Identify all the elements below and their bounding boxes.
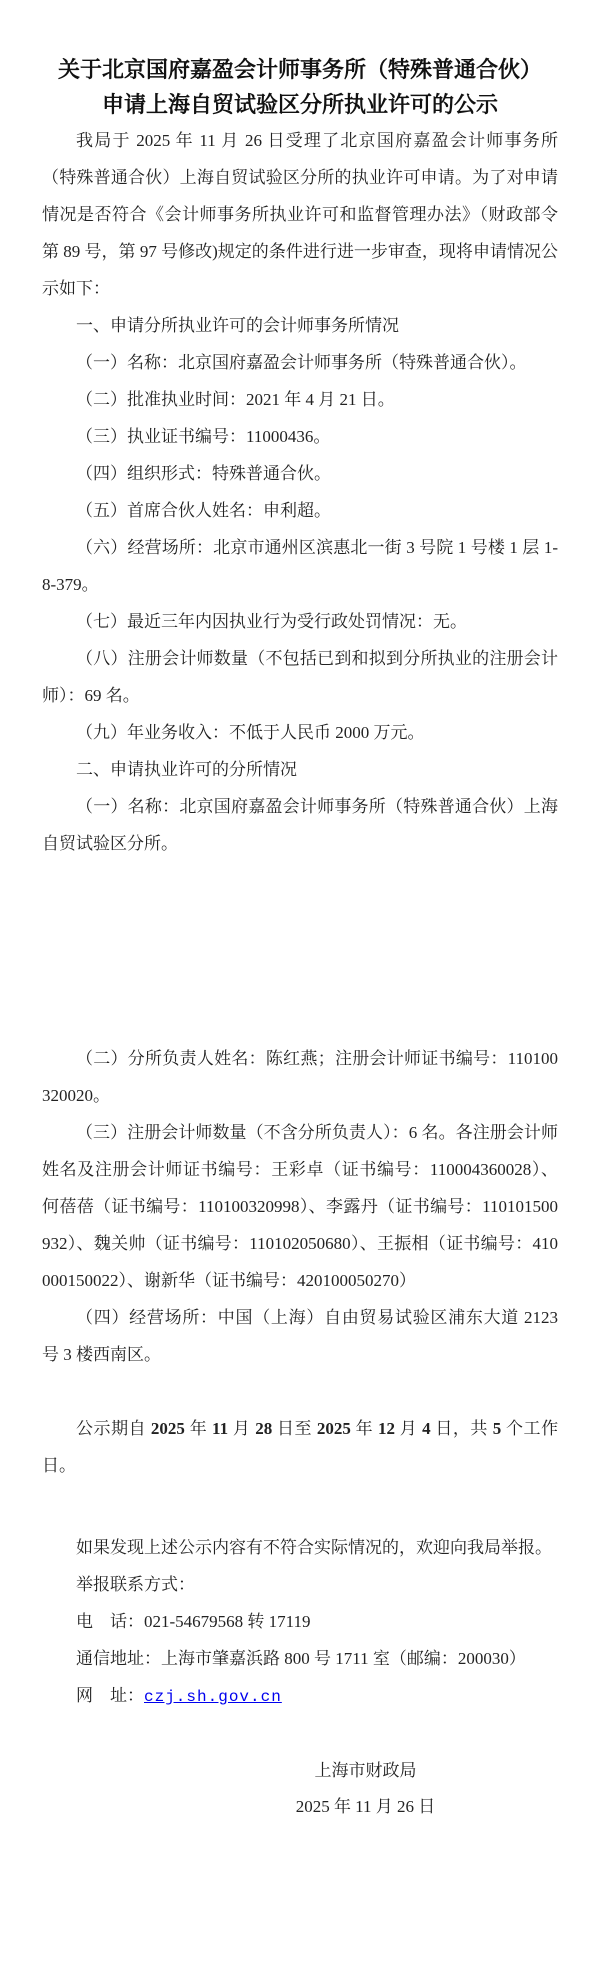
notice-period-paragraph: 公示期自 2025 年 11 月 28 日至 2025 年 12 月 4 日，共…	[42, 1410, 558, 1484]
section2-item-branch-head: （二）分所负责人姓名：陈红燕；注册会计师证书编号：110100320020。	[42, 1040, 558, 1114]
contact-heading: 举报联系方式：	[42, 1566, 558, 1603]
contact-address: 通信地址：上海市肇嘉浜路 800 号 1711 室（邮编：200030）	[42, 1640, 558, 1677]
section1-heading: 一、申请分所执业许可的会计师事务所情况	[42, 307, 558, 344]
document-title: 关于北京国府嘉盈会计师事务所（特殊普通合伙） 申请上海自贸试验区分所执业许可的公…	[42, 52, 558, 122]
signature-org: 上海市财政局	[258, 1753, 473, 1789]
report-invitation-paragraph: 如果发现上述公示内容有不符合实际情况的，欢迎向我局举报。	[42, 1529, 558, 1566]
website-label: 网 址：	[76, 1686, 144, 1705]
section2-item-branch-cpas: （三）注册会计师数量（不含分所负责人）：6 名。各注册会计师姓名及注册会计师证书…	[42, 1114, 558, 1299]
contact-website-line: 网 址：czj.sh.gov.cn	[42, 1677, 558, 1716]
title-line-2: 申请上海自贸试验区分所执业许可的公示	[42, 87, 558, 122]
section1-item-penalties: （七）最近三年内因执业行为受行政处罚情况：无。	[42, 603, 558, 640]
section1-item-annual-revenue: （九）年业务收入：不低于人民币 2000 万元。	[42, 714, 558, 751]
section2-item-branch-name: （一）名称：北京国府嘉盈会计师事务所（特殊普通合伙）上海自贸试验区分所。	[42, 788, 558, 862]
signature-date: 2025 年 11 月 26 日	[258, 1789, 473, 1825]
section1-item-org-form: （四）组织形式：特殊普通合伙。	[42, 455, 558, 492]
section1-item-business-address: （六）经营场所：北京市通州区滨惠北一街 3 号院 1 号楼 1 层 1-8-37…	[42, 529, 558, 603]
section2-heading: 二、申请执业许可的分所情况	[42, 751, 558, 788]
title-line-1: 关于北京国府嘉盈会计师事务所（特殊普通合伙）	[42, 52, 558, 87]
contact-phone: 电 话：021-54679568 转 17119	[42, 1603, 558, 1640]
section1-item-approval-date: （二）批准执业时间：2021 年 4 月 21 日。	[42, 381, 558, 418]
section1-item-name: （一）名称：北京国府嘉盈会计师事务所（特殊普通合伙）。	[42, 344, 558, 381]
intro-paragraph: 我局于 2025 年 11 月 26 日受理了北京国府嘉盈会计师事务所（特殊普通…	[42, 122, 558, 307]
section1-item-chief-partner: （五）首席合伙人姓名：申利超。	[42, 492, 558, 529]
section2-item-branch-address: （四）经营场所：中国（上海）自由贸易试验区浦东大道 2123 号 3 楼西南区。	[42, 1299, 558, 1373]
section1-item-cpa-count: （八）注册会计师数量（不包括已到和拟到分所执业的注册会计师）：69 名。	[42, 640, 558, 714]
page-break-gap	[42, 862, 558, 1040]
signature-block: 上海市财政局 2025 年 11 月 26 日	[258, 1753, 473, 1825]
website-link[interactable]: czj.sh.gov.cn	[144, 1688, 282, 1706]
section1-item-license-number: （三）执业证书编号：11000436。	[42, 418, 558, 455]
announcement-document: 关于北京国府嘉盈会计师事务所（特殊普通合伙） 申请上海自贸试验区分所执业许可的公…	[0, 0, 600, 1974]
